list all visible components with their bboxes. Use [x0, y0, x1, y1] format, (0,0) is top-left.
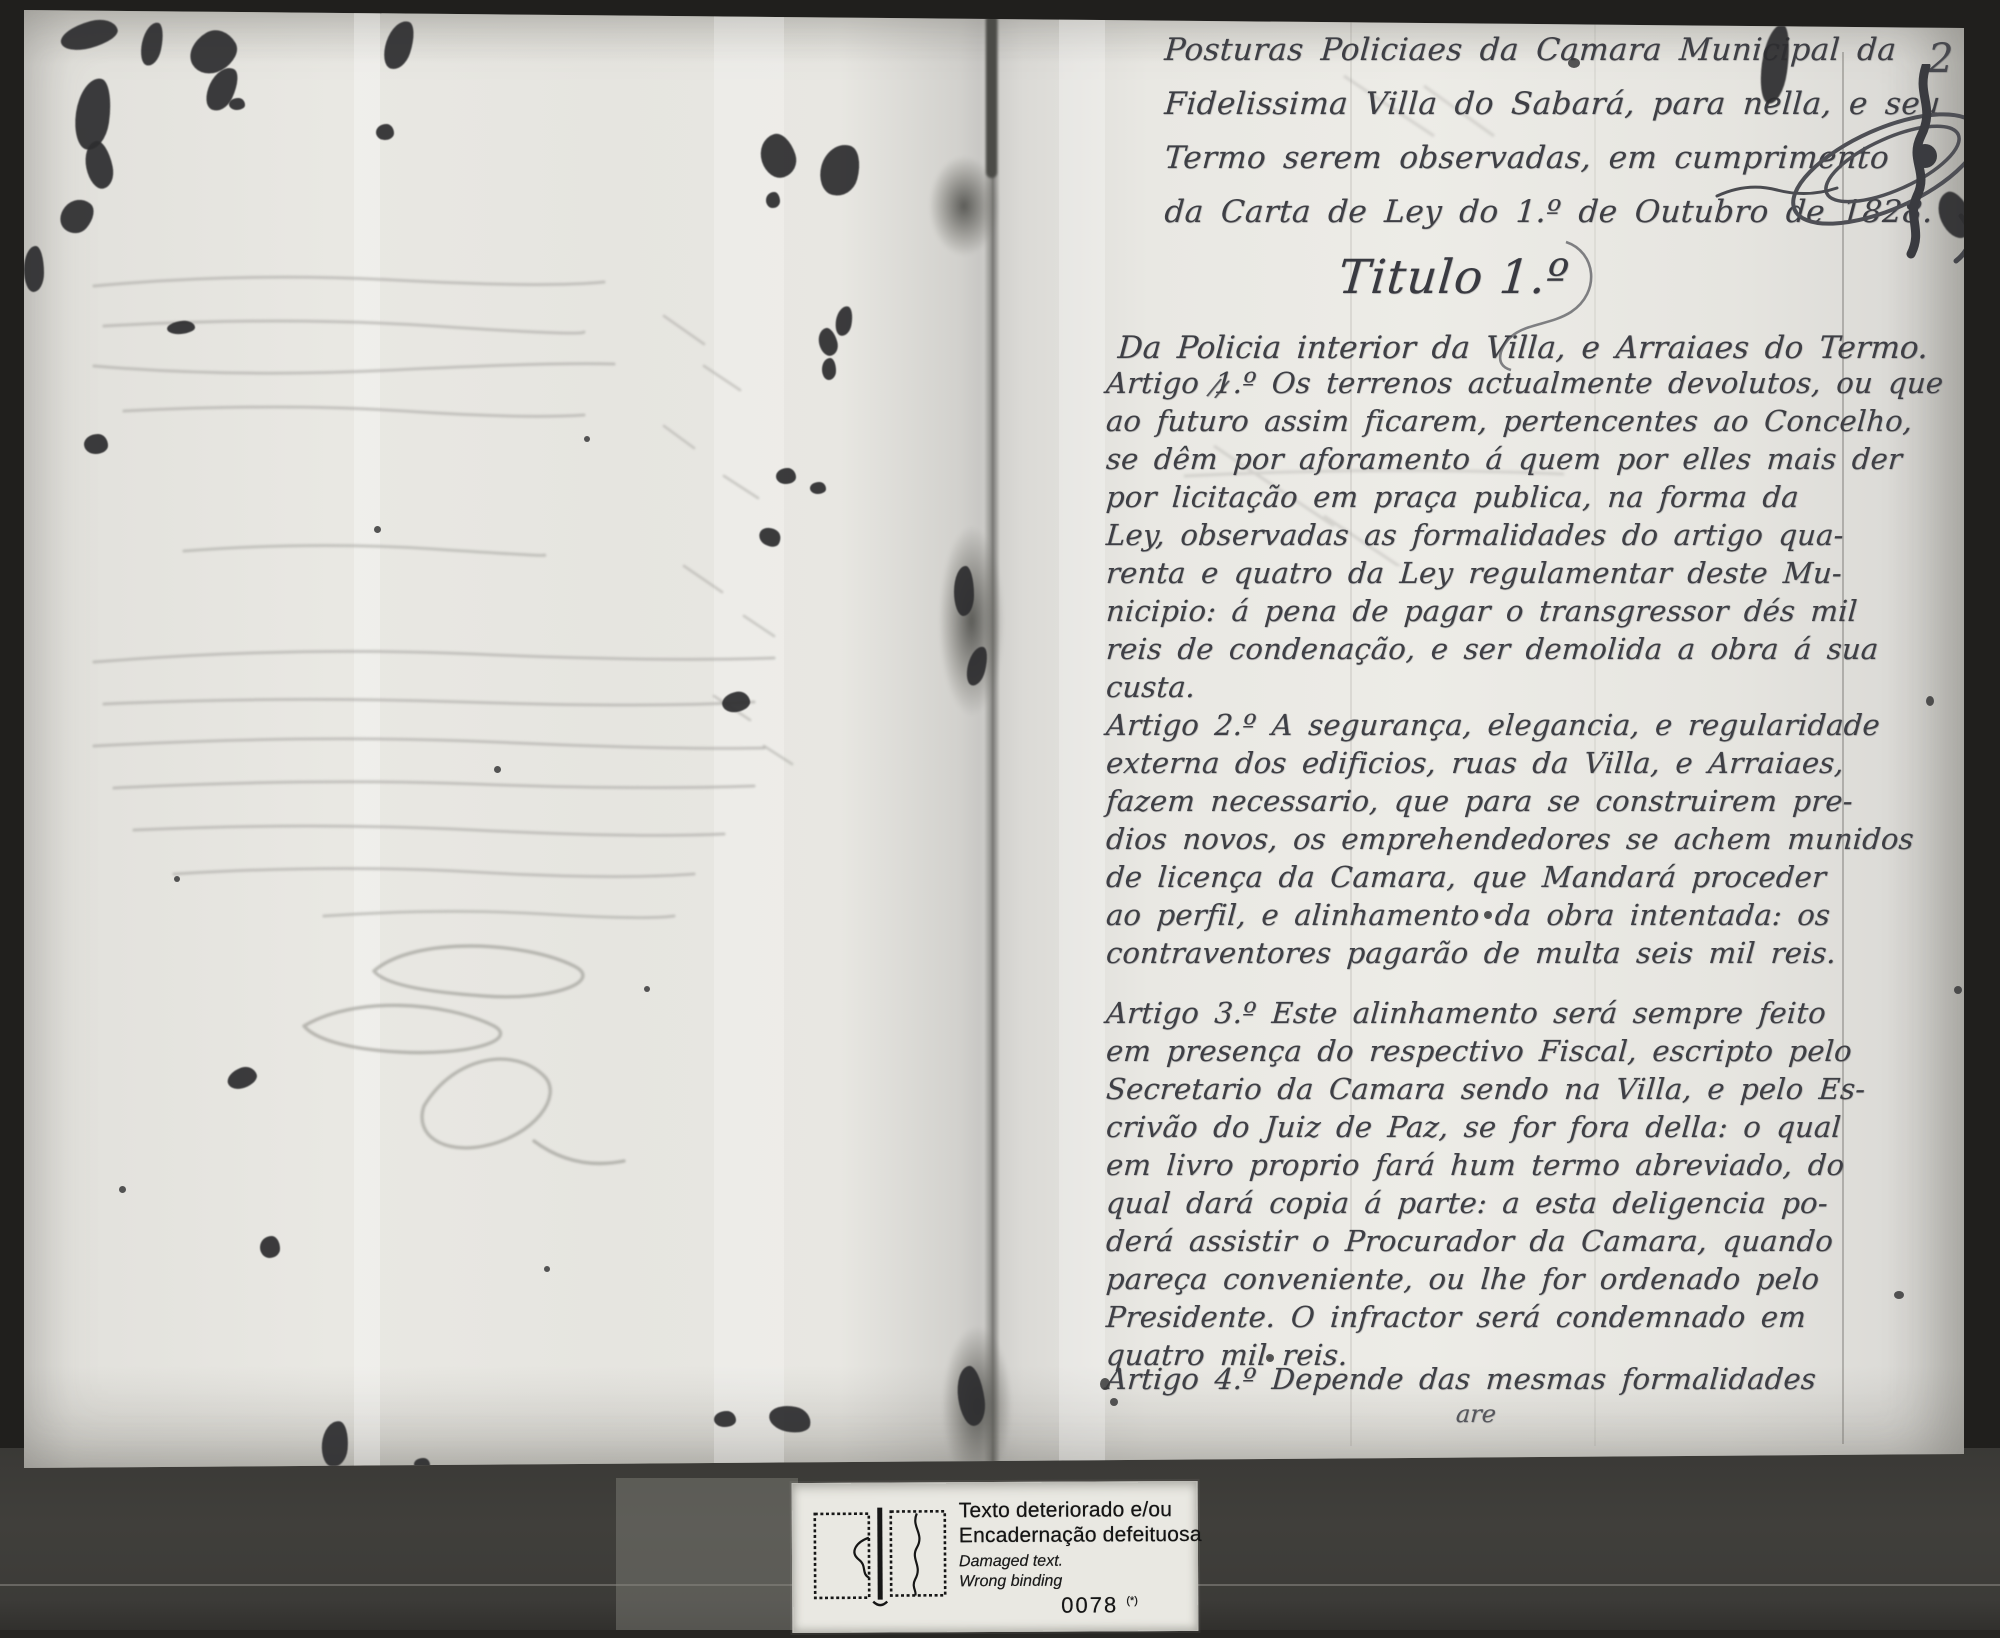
label-text-en-1: Damaged text.: [959, 1553, 1063, 1572]
gutter-stain: [939, 526, 1004, 716]
ink-blob: [810, 482, 826, 494]
condition-label: Texto deteriorado e/ou Encadernação defe…: [792, 1481, 1199, 1633]
text-line: por licitação em praça publica, na forma…: [1105, 480, 1872, 518]
ink-speck: [174, 876, 180, 882]
article-3: Artigo 3.º Este alinhamento será sempre …: [1106, 996, 1870, 1376]
ink-blob: [71, 76, 115, 152]
text-line: derá assistir o Procurador da Camara, qu…: [1105, 1224, 1872, 1262]
title: Titulo 1.º: [1172, 250, 1737, 305]
bleed-through-text: [64, 226, 944, 1226]
ink-blob: [260, 1236, 280, 1258]
ink-blob: [379, 17, 419, 73]
binding-gutter-streak: [986, 6, 997, 178]
chapter-subtitle: Da Policia interior da Villa, e Arraiaes…: [1117, 330, 1880, 366]
damaged-book-icon: [805, 1499, 956, 1612]
text-line: Presidente. O infractor será condemnado …: [1105, 1300, 1872, 1338]
ink-blob: [320, 1420, 350, 1468]
text-line: renta e quatro da Ley regulamentar deste…: [1105, 556, 1872, 594]
label-text-pt-1: Texto deteriorado e/ou: [959, 1498, 1172, 1523]
ink-blob: [822, 358, 836, 380]
ink-speck: [494, 766, 501, 773]
fold-band: [1059, 6, 1105, 1468]
text-line: em livro proprio fará hum termo abreviad…: [1105, 1148, 1872, 1186]
document-header: Posturas Policiaes da Camara Municipal d…: [1164, 32, 1864, 248]
label-text-pt-2: Encadernação defeituosa: [959, 1523, 1202, 1548]
text-line: Secretario da Camara sendo na Villa, e p…: [1105, 1072, 1872, 1110]
header-line: Fidelissima Villa do Sabará, para nella,…: [1162, 86, 1866, 140]
ink-speck: [1110, 1398, 1118, 1406]
catchword: are: [1455, 1400, 1497, 1428]
text-line: pareça conveniente, ou lhe for ordenado …: [1105, 1262, 1872, 1300]
text-line: crivão do Juiz de Paz, se for fora della…: [1105, 1110, 1872, 1148]
text-line: Ley, observadas as formalidades do artig…: [1105, 518, 1872, 556]
underline-flourish: [1712, 176, 1842, 206]
label-number-note: (*): [1126, 1595, 1138, 1607]
article-4: Artigo 4.º Depende das mesmas formalidad…: [1106, 1362, 1870, 1400]
label-number-value: 0078: [1061, 1592, 1118, 1617]
ink-speck: [544, 1266, 550, 1272]
ink-blob: [776, 468, 796, 484]
text-line: Artigo 3.º Este alinhamento será sempre …: [1105, 996, 1872, 1034]
ink-speck: [1926, 696, 1934, 706]
ink-blob: [766, 192, 780, 208]
manuscript-spread: Posturas Policiaes da Camara Municipal d…: [24, 6, 1964, 1468]
text-line: reis de condenação, e ser demolida a obr…: [1105, 632, 1872, 670]
text-line: contraventores pagarão de multa seis mil…: [1105, 936, 1872, 974]
text-line: dios novos, os emprehendedores se achem …: [1105, 822, 1872, 860]
ink-blob: [84, 434, 108, 454]
label-shadow-area: [616, 1478, 798, 1630]
ink-speck: [119, 1186, 126, 1193]
text-line: qual dará copia á parte: a esta deligenc…: [1105, 1186, 1872, 1224]
text-line: ao futuro assim ficarem, pertencentes ao…: [1105, 404, 1872, 442]
text-line: fazem necessario, que para se construire…: [1105, 784, 1872, 822]
article-2: Artigo 2.º A segurança, elegancia, e reg…: [1106, 708, 1870, 974]
ink-speck: [1568, 58, 1580, 68]
text-line: Artigo 1.º Os terrenos actualmente devol…: [1105, 366, 1872, 404]
gutter-stain: [929, 156, 999, 256]
text-line: de licença da Camara, que Mandará proced…: [1105, 860, 1872, 898]
ink-speck: [644, 986, 650, 992]
text-line: Artigo 4.º Depende das mesmas formalidad…: [1105, 1362, 1872, 1400]
ink-speck: [1954, 986, 1962, 994]
ink-blob: [815, 140, 865, 200]
text-line: externa dos edificios, ruas da Villa, e …: [1105, 746, 1872, 784]
text-line: se dêm por aforamento á quem por elles m…: [1105, 442, 1872, 480]
ink-blob: [714, 1411, 736, 1427]
ink-blob: [24, 246, 44, 292]
ink-speck: [374, 526, 381, 533]
ink-speck: [1484, 911, 1492, 919]
ink-blob: [229, 98, 245, 110]
archival-scan-page: Posturas Policiaes da Camara Municipal d…: [0, 0, 2000, 1638]
ink-speck: [1100, 1378, 1110, 1390]
text-line: em presença do respectivo Fiscal, escrip…: [1105, 1034, 1872, 1072]
label-number: 0078 (*): [1061, 1592, 1138, 1618]
text-line: nicipio: á pena de pagar o transgressor …: [1105, 594, 1872, 632]
ink-speck: [584, 436, 590, 442]
ink-speck: [1266, 1354, 1274, 1362]
text-line: custa.: [1105, 670, 1872, 708]
ink-speck: [1894, 1291, 1904, 1299]
label-text-en-2: Wrong binding: [959, 1573, 1062, 1592]
ink-blob: [138, 20, 167, 67]
ink-blob: [58, 15, 121, 55]
article-1: Artigo 1.º Os terrenos actualmente devol…: [1106, 366, 1870, 708]
text-line: Artigo 2.º A segurança, elegancia, e reg…: [1105, 708, 1872, 746]
rubric-flourish: [1776, 64, 1996, 279]
ink-blob: [954, 566, 974, 616]
ink-blob: [376, 124, 394, 140]
